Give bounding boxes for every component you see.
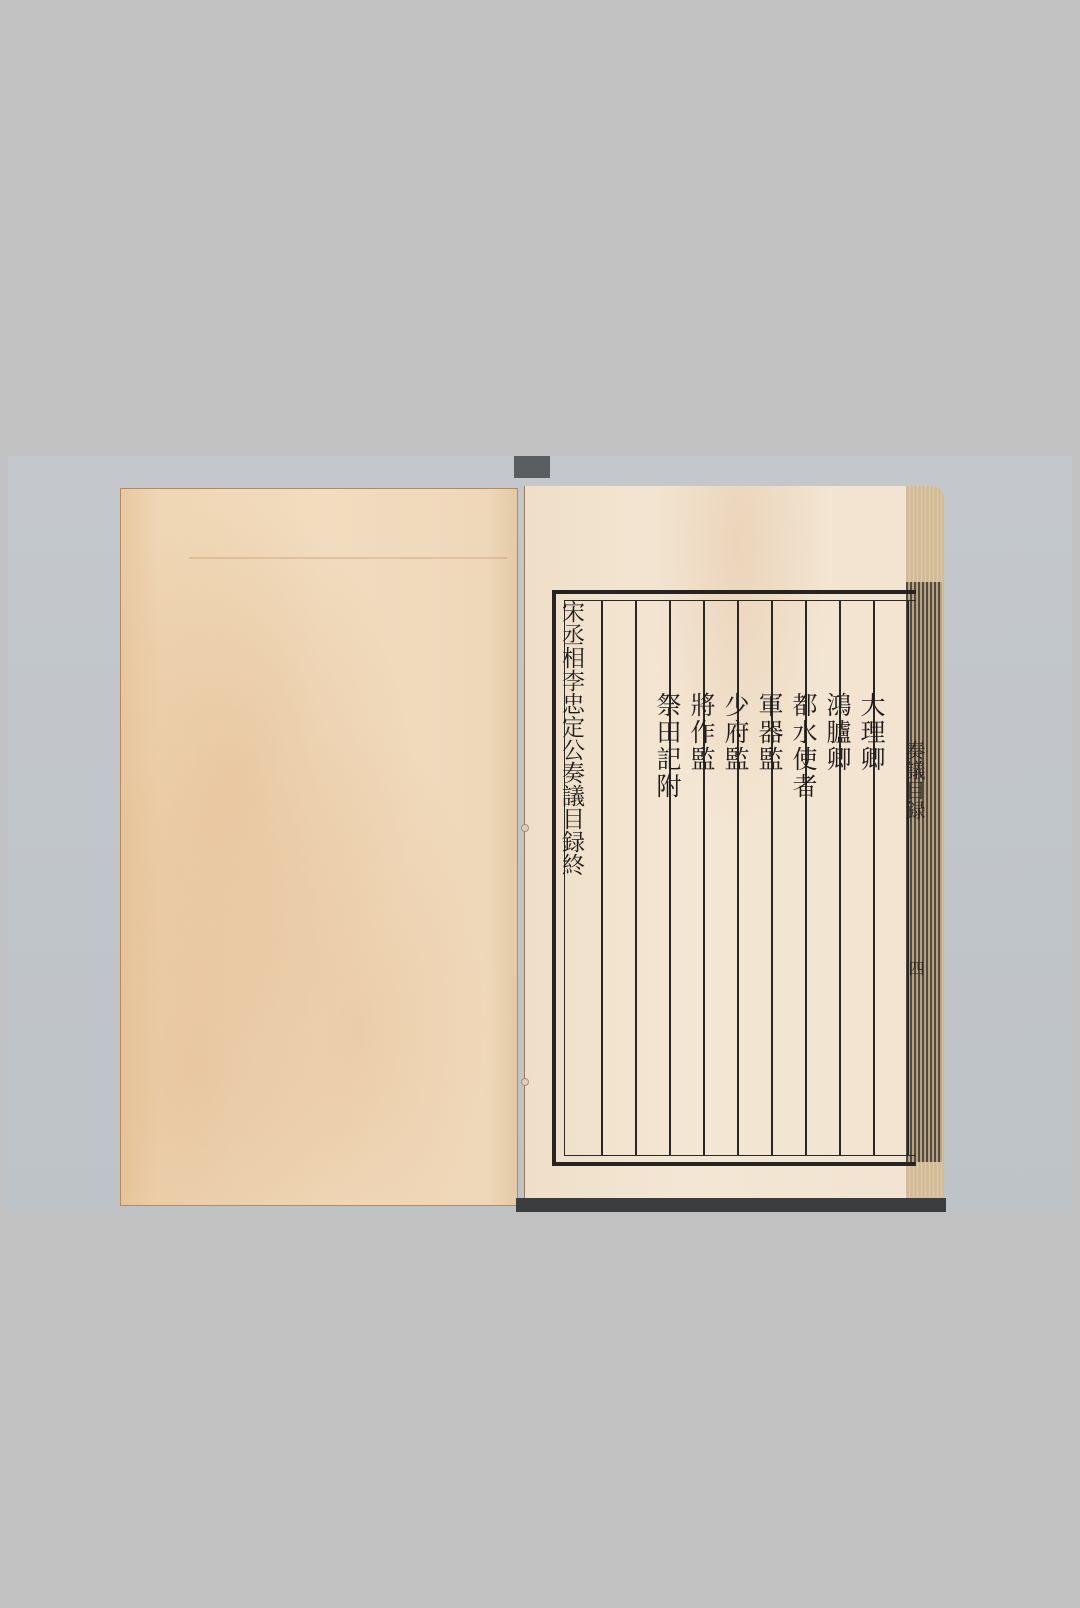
column-rule bbox=[839, 601, 841, 1155]
toc-entry: 都水使者 bbox=[788, 692, 818, 800]
column-rule bbox=[635, 601, 637, 1155]
book-bottom-shadow bbox=[516, 1198, 946, 1212]
column-rule bbox=[669, 601, 671, 1155]
printed-border-frame bbox=[552, 590, 916, 1166]
column-rule bbox=[737, 601, 739, 1155]
toc-entry: 少府監 bbox=[720, 692, 750, 773]
toc-entry: 鴻臚卿 bbox=[822, 692, 852, 773]
binding-stitch bbox=[521, 824, 529, 832]
banxin-page-number: 四 bbox=[904, 960, 927, 976]
column-rule bbox=[805, 601, 807, 1155]
left-page-blank bbox=[120, 488, 518, 1206]
column-rule bbox=[771, 601, 773, 1155]
paper-fold-line bbox=[189, 557, 507, 559]
column-rule bbox=[703, 601, 705, 1155]
toc-entry: 軍器監 bbox=[754, 692, 784, 773]
column-rule bbox=[601, 601, 603, 1155]
spine-shadow bbox=[514, 456, 550, 478]
binding-stitch bbox=[521, 1078, 529, 1086]
banxin-title: 奏議目録 bbox=[900, 740, 929, 820]
column-rule bbox=[873, 601, 875, 1155]
toc-entry: 大理卿 bbox=[856, 692, 886, 773]
toc-entry: 祭田記附 bbox=[652, 692, 682, 800]
toc-end-title: 宋丞相李忠定公奏議目録終 bbox=[556, 600, 586, 876]
toc-entry: 將作監 bbox=[686, 692, 716, 773]
column-rule bbox=[907, 601, 909, 1155]
printed-inner-frame bbox=[564, 600, 916, 1156]
